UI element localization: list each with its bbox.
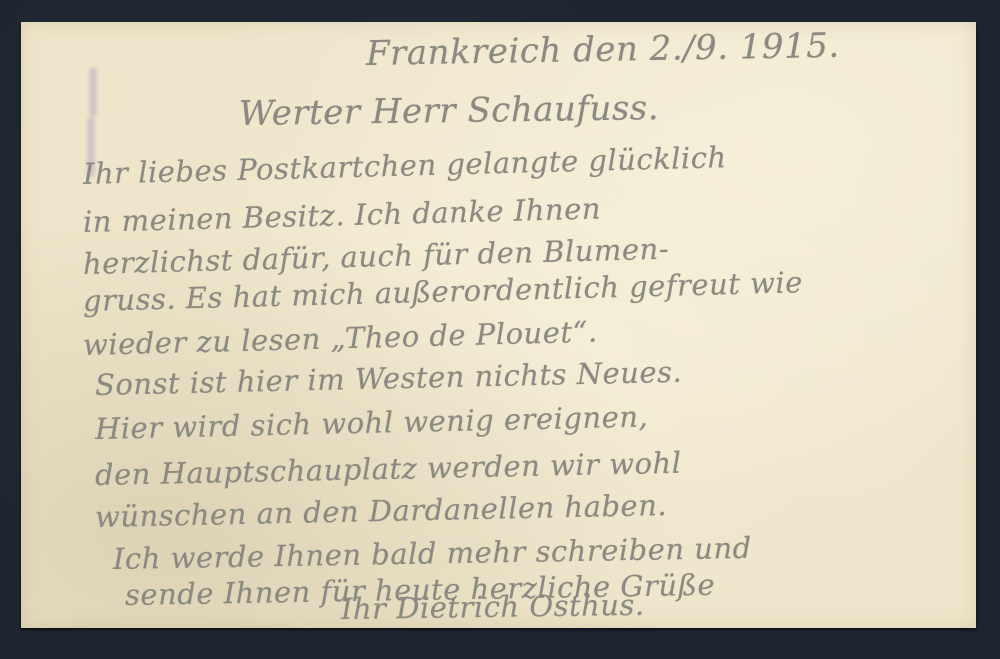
letter-line: den Hauptschauplatz werden wir wohl: [95, 446, 682, 492]
faded-stamp-mark: [89, 67, 97, 117]
postcard: Frankreich den 2./9. 1915. Werter Herr S…: [21, 22, 976, 628]
letter-line: Sonst ist hier im Westen nichts Neues.: [95, 355, 683, 402]
place-and-date: Frankreich den 2./9. 1915.: [366, 26, 840, 74]
letter-line: in meinen Besitz. Ich danke Ihnen: [83, 191, 602, 239]
letter-line: Hier wird sich wohl wenig ereignen,: [95, 399, 649, 446]
signature: Ihr Dietrich Osthus.: [341, 588, 645, 626]
salutation: Werter Herr Schaufuss.: [239, 88, 660, 134]
letter-line: Ihr liebes Postkartchen gelangte glückli…: [83, 140, 727, 191]
letter-line: wünschen an den Dardanellen haben.: [95, 488, 668, 534]
letter-line: wieder zu lesen „Theo de Plouet“.: [83, 315, 598, 362]
